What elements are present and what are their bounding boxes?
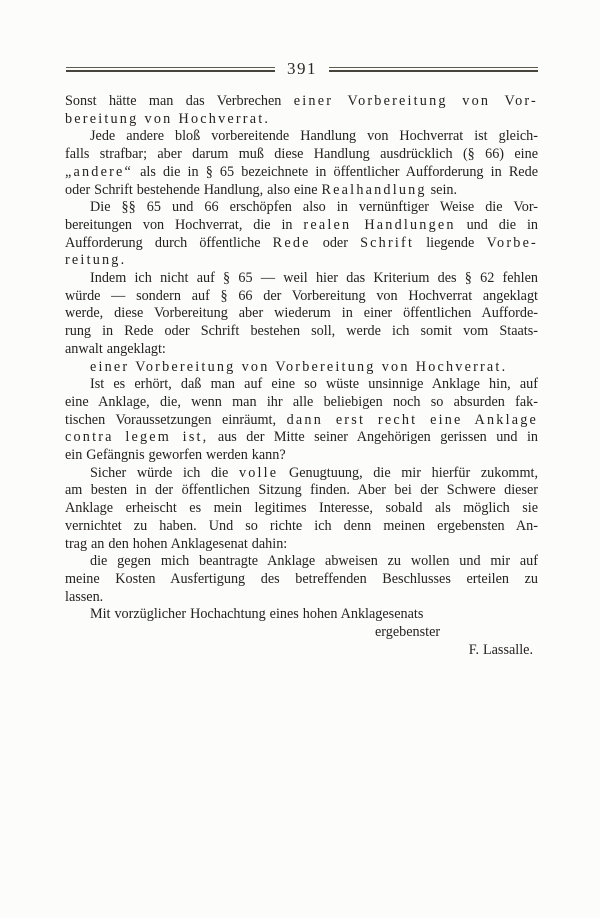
body-text: tischen Voraussetzungen einräumt,	[65, 412, 287, 428]
text-line: die gegen mich beantragte Anklage abweis…	[65, 553, 538, 571]
text-line: eine Anklage, die, wenn man ihr alle bel…	[65, 394, 538, 412]
body-text: sein.	[427, 182, 457, 198]
text-line: falls strafbar; aber darum muß diese Han…	[65, 146, 538, 164]
letterspaced-text: einer Vorbereitung von Vor-	[294, 93, 538, 109]
text-line: würde — sondern auf § 66 der Vorbereitun…	[65, 288, 538, 306]
text-line: tischen Voraussetzungen einräumt, dann e…	[65, 412, 538, 430]
signature-line: F. Lassalle.	[65, 642, 538, 660]
body-text: Sicher würde ich die	[90, 465, 239, 481]
text-line: ein Gefängnis geworfen werden kann?	[65, 447, 538, 465]
letterspaced-text: Realhandlung	[322, 182, 427, 198]
letterspaced-text: reitung.	[65, 252, 126, 268]
body-text: Sonst hätte man das Verbrechen	[65, 93, 294, 109]
letterspaced-text: Schrift	[360, 235, 414, 251]
body-text: Aufforderung durch öffentliche	[65, 235, 273, 251]
text-line: contra legem ist, aus der Mitte seiner A…	[65, 429, 538, 447]
text-line: Die §§ 65 und 66 erschöpfen also in vern…	[65, 199, 538, 217]
text-line: Aufforderung durch öffentliche Rede oder…	[65, 235, 538, 253]
text-line: lassen.	[65, 589, 538, 607]
paragraph: Ist es erhört, daß man auf eine so wüste…	[65, 376, 538, 465]
header-rule-left	[66, 67, 275, 72]
body-text: Mit vorzüglicher Hochachtung eines hohen…	[90, 606, 423, 622]
text-line: bereitungen von Hochverrat, die in reale…	[65, 217, 538, 235]
text-line: Anklage erheischt es mein legitimes Inte…	[65, 500, 538, 518]
body-text: oder Schrift bestehende Handlung, also e…	[65, 182, 322, 198]
text-line: bereitung von Hochverrat.	[65, 111, 538, 129]
text-line: Indem ich nicht auf § 65 — weil hier das…	[65, 270, 538, 288]
body-text: ein Gefängnis geworfen werden kann?	[65, 447, 286, 463]
text-line: am besten in der öffentlichen Sitzung fi…	[65, 482, 538, 500]
text-line: meine Kosten Ausfertigung des betreffend…	[65, 571, 538, 589]
body-text: F. Lassalle.	[469, 642, 533, 658]
body-text: meine Kosten Ausfertigung des betreffend…	[65, 571, 538, 587]
book-page: 391 Sonst hätte man das Verbrechen einer…	[0, 0, 600, 918]
body-text: oder	[311, 235, 360, 251]
body-text: werde, diese Vorbereitung aber wiederum …	[65, 305, 538, 321]
body-text: liegende	[414, 235, 486, 251]
body-text: Genugtuung, die mir hierfür zukommt,	[278, 465, 538, 481]
body-text: Ist es erhört, daß man auf eine so wüste…	[90, 376, 538, 392]
body-text: würde — sondern auf § 66 der Vorbereitun…	[65, 288, 538, 304]
body-text: vernichtet zu haben. Und so richte ich d…	[65, 518, 538, 534]
body-text: aus der Mitte seiner Angehörigen gerisse…	[208, 429, 538, 445]
text-line: vernichtet zu haben. Und so richte ich d…	[65, 518, 538, 536]
page-header: 391	[66, 60, 538, 78]
body-text: bereitungen von Hochverrat, die in	[65, 217, 303, 233]
paragraph: Die §§ 65 und 66 erschöpfen also in vern…	[65, 199, 538, 270]
text-line: Sicher würde ich die volle Genugtuung, d…	[65, 465, 538, 483]
letterspaced-text: volle	[239, 465, 278, 481]
paragraph: Sonst hätte man das Verbrechen einer Vor…	[65, 93, 538, 128]
text-line: trag an den hohen Anklagesenat dahin:	[65, 536, 538, 554]
letterspaced-text: dann erst recht eine Anklage	[287, 412, 538, 428]
letterspaced-text: Vorbe-	[486, 235, 538, 251]
text-line: reitung.	[65, 252, 538, 270]
paragraph: Mit vorzüglicher Hochachtung eines hohen…	[65, 606, 538, 659]
body-text: Indem ich nicht auf § 65 — weil hier das…	[90, 270, 538, 286]
body-text: Jede andere bloß vorbereitende Handlung …	[90, 128, 538, 144]
body-text: falls strafbar; aber darum muß diese Han…	[65, 146, 538, 162]
text-line: oder Schrift bestehende Handlung, also e…	[65, 182, 538, 200]
body-text: trag an den hohen Anklagesenat dahin:	[65, 536, 287, 552]
text-line: anwalt angeklagt:	[65, 341, 538, 359]
text-line: werde, diese Vorbereitung aber wiederum …	[65, 305, 538, 323]
paragraph: einer Vorbereitung von Vorbereitung von …	[65, 359, 538, 377]
text-line: „andere“ als die in § 65 bezeichnete in …	[65, 164, 538, 182]
body-text: Anklage erheischt es mein legitimes Inte…	[65, 500, 538, 516]
letterspaced-text: bereitung von Hochverrat.	[65, 111, 270, 127]
body-text: anwalt angeklagt:	[65, 341, 166, 357]
paragraph: Indem ich nicht auf § 65 — weil hier das…	[65, 270, 538, 359]
text-line: einer Vorbereitung von Vorbereitung von …	[65, 359, 538, 377]
paragraph: Sicher würde ich die volle Genugtuung, d…	[65, 465, 538, 554]
text-line: Ist es erhört, daß man auf eine so wüste…	[65, 376, 538, 394]
letterspaced-text: Rede	[273, 235, 311, 251]
body-text: am besten in der öffentlichen Sitzung fi…	[65, 482, 538, 498]
letterspaced-text: „andere“	[65, 164, 133, 180]
body-text: als die in § 65 bezeichnete in öffentlic…	[133, 164, 538, 180]
body-text: die gegen mich beantragte Anklage abweis…	[90, 553, 538, 569]
paragraph: Jede andere bloß vorbereitende Handlung …	[65, 128, 538, 199]
text-block: Sonst hätte man das Verbrechen einer Vor…	[65, 93, 538, 660]
letterspaced-text: contra legem ist,	[65, 429, 208, 445]
body-text: eine Anklage, die, wenn man ihr alle bel…	[65, 394, 538, 410]
text-line: Mit vorzüglicher Hochachtung eines hohen…	[65, 606, 538, 624]
valediction-line: ergebenster	[375, 624, 538, 642]
text-line: Jede andere bloß vorbereitende Handlung …	[65, 128, 538, 146]
body-text: und die in	[456, 217, 538, 233]
body-text: rung in Rede oder Schrift bestehen soll,…	[65, 323, 538, 339]
letterspaced-text: einer Vorbereitung von Vorbereitung von …	[90, 359, 507, 375]
text-line: Sonst hätte man das Verbrechen einer Vor…	[65, 93, 538, 111]
text-line: rung in Rede oder Schrift bestehen soll,…	[65, 323, 538, 341]
body-text: ergebenster	[375, 624, 440, 640]
page-number: 391	[275, 60, 329, 77]
letterspaced-text: realen Handlungen	[303, 217, 455, 233]
paragraph: die gegen mich beantragte Anklage abweis…	[65, 553, 538, 606]
body-text: lassen.	[65, 589, 103, 605]
header-rule-right	[329, 67, 538, 72]
body-text: Die §§ 65 und 66 erschöpfen also in vern…	[90, 199, 538, 215]
